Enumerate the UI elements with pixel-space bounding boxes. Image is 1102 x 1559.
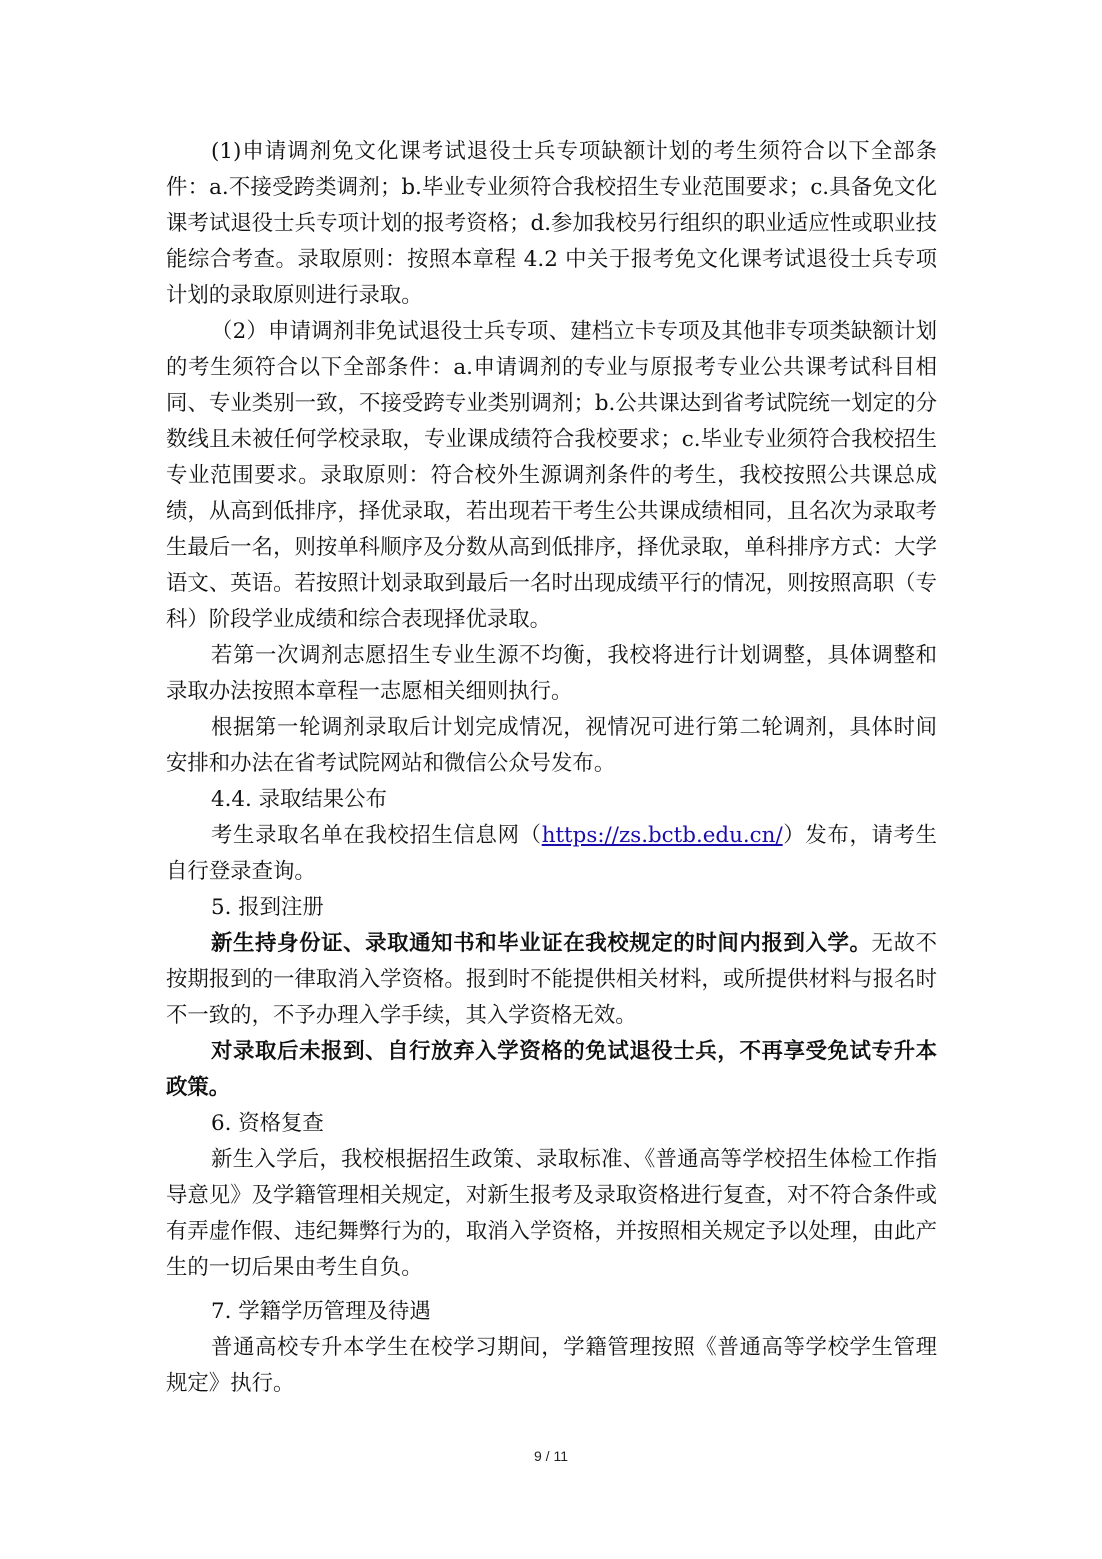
- paragraph-registration: 新生持身份证、录取通知书和毕业证在我校规定的时间内报到入学。无故不按期报到的一律…: [166, 926, 937, 1034]
- admission-site-link[interactable]: https://zs.bctb.edu.cn/: [542, 823, 783, 848]
- heading-4-4: 4.4. 录取结果公布: [166, 782, 937, 818]
- paragraph-result-publish: 考生录取名单在我校招生信息网（https://zs.bctb.edu.cn/）发…: [166, 818, 937, 890]
- paragraph-second-round: 根据第一轮调剂录取后计划完成情况，视情况可进行第二轮调剂，具体时间安排和办法在省…: [166, 710, 937, 782]
- paragraph-student-status: 普通高校专升本学生在校学习期间，学籍管理按照《普通高等学校学生管理规定》执行。: [166, 1330, 937, 1402]
- document-page: (1)申请调剂免文化课考试退役士兵专项缺额计划的考生须符合以下全部条件：a.不接…: [166, 134, 937, 1402]
- text: 考生录取名单在我校招生信息网（: [211, 823, 542, 848]
- heading-5: 5. 报到注册: [166, 890, 937, 926]
- paragraph-qualification-review: 新生入学后，我校根据招生政策、录取标准、《普通高等学校招生体检工作指导意见》及学…: [166, 1142, 937, 1286]
- page-number: 9 / 11: [0, 1448, 1102, 1464]
- heading-7: 7. 学籍学历管理及待遇: [166, 1294, 937, 1330]
- bold-text: 新生持身份证、录取通知书和毕业证在我校规定的时间内报到入学。: [211, 931, 872, 956]
- paragraph-veteran-policy: 对录取后未报到、自行放弃入学资格的免试退役士兵，不再享受免试专升本政策。: [166, 1034, 937, 1106]
- paragraph-adjustment-1: (1)申请调剂免文化课考试退役士兵专项缺额计划的考生须符合以下全部条件：a.不接…: [166, 134, 937, 314]
- heading-6: 6. 资格复查: [166, 1106, 937, 1142]
- paragraph-adjustment-2: （2）申请调剂非免试退役士兵专项、建档立卡专项及其他非专项类缺额计划的考生须符合…: [166, 314, 937, 638]
- paragraph-plan-adjust: 若第一次调剂志愿招生专业生源不均衡，我校将进行计划调整，具体调整和录取办法按照本…: [166, 638, 937, 710]
